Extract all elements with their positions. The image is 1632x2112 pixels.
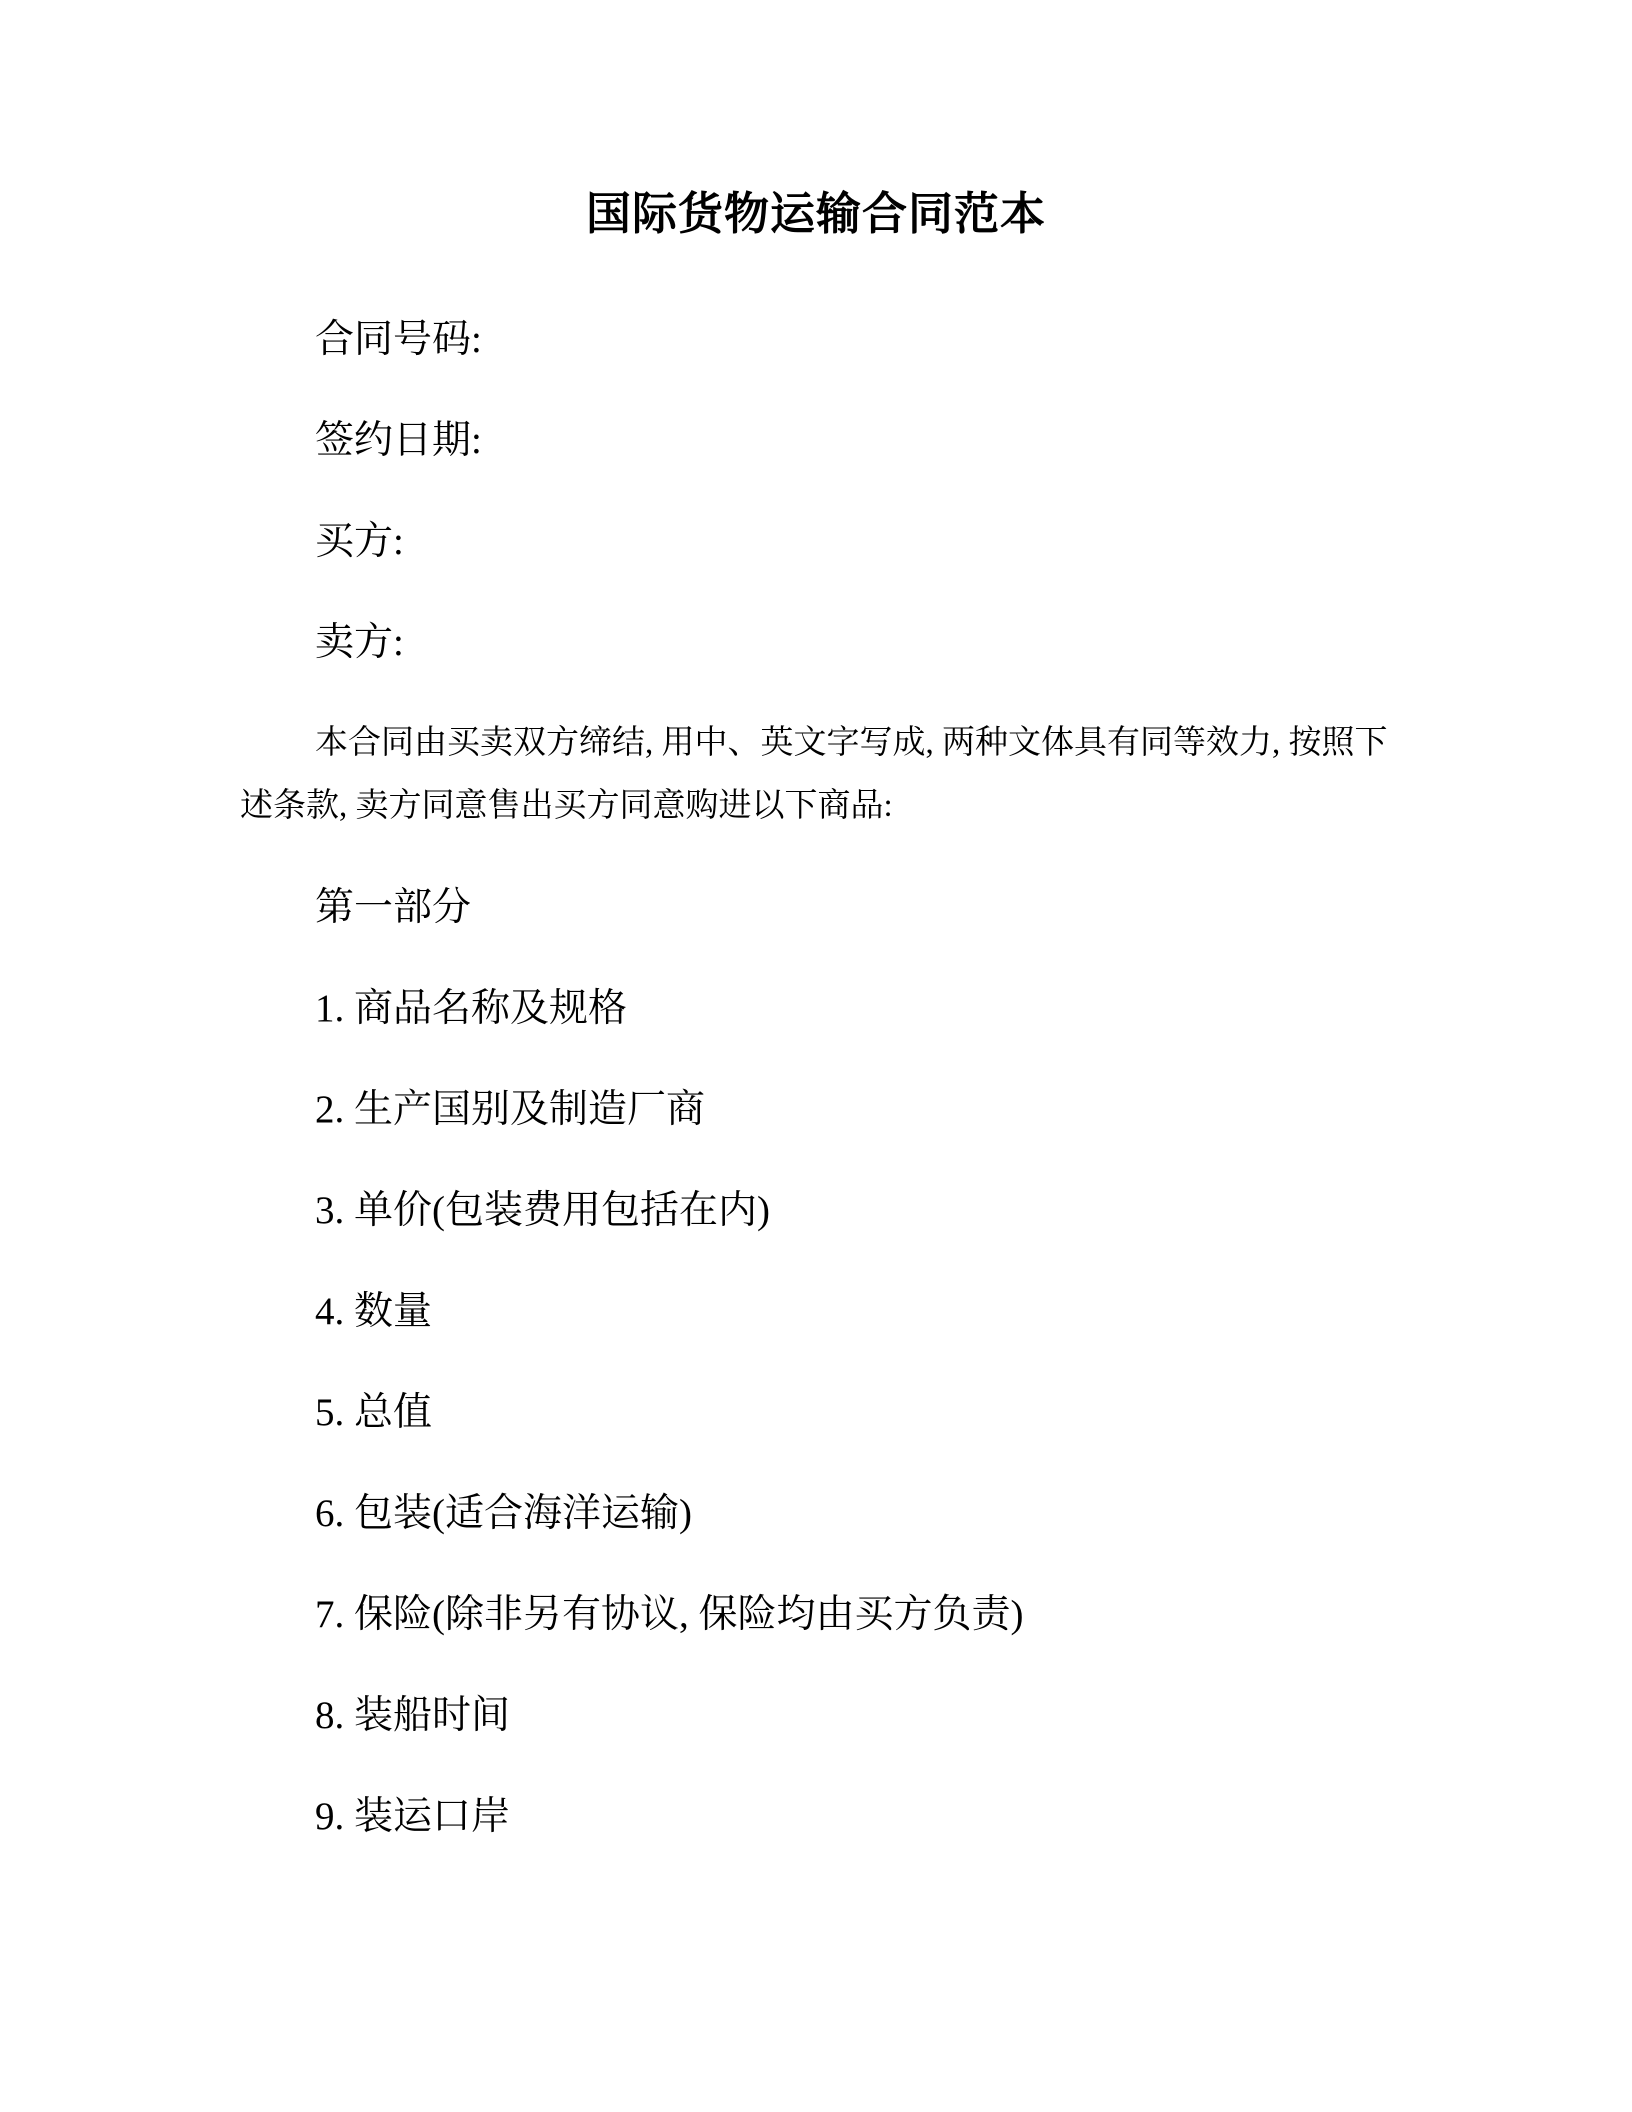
- document-title: 国际货物运输合同范本: [0, 0, 1632, 240]
- item-9-port-of-shipment: 9. 装运口岸: [240, 1785, 1392, 1848]
- item-8-shipment-time: 8. 装船时间: [240, 1684, 1392, 1747]
- section-heading-part-one: 第一部分: [240, 876, 1392, 939]
- item-5-total-value: 5. 总值: [240, 1381, 1392, 1444]
- item-7-insurance: 7. 保险(除非另有协议, 保险均由买方负责): [240, 1583, 1392, 1646]
- item-4-quantity: 4. 数量: [240, 1280, 1392, 1343]
- field-signing-date: 签约日期:: [240, 409, 1392, 472]
- field-contract-number: 合同号码:: [240, 308, 1392, 371]
- item-3-unit-price: 3. 单价(包装费用包括在内): [240, 1179, 1392, 1242]
- field-seller: 卖方:: [240, 611, 1392, 674]
- item-2-country-of-origin-manufacturer: 2. 生产国别及制造厂商: [240, 1078, 1392, 1141]
- field-buyer: 买方:: [240, 510, 1392, 573]
- item-1-commodity-name-spec: 1. 商品名称及规格: [240, 977, 1392, 1040]
- item-6-packing: 6. 包装(适合海洋运输): [240, 1482, 1392, 1545]
- preamble-paragraph: 本合同由买卖双方缔结, 用中、英文字写成, 两种文体具有同等效力, 按照下述条款…: [240, 712, 1392, 838]
- contract-document-page: 国际货物运输合同范本 合同号码: 签约日期: 买方: 卖方: 本合同由买卖双方缔…: [0, 0, 1632, 2112]
